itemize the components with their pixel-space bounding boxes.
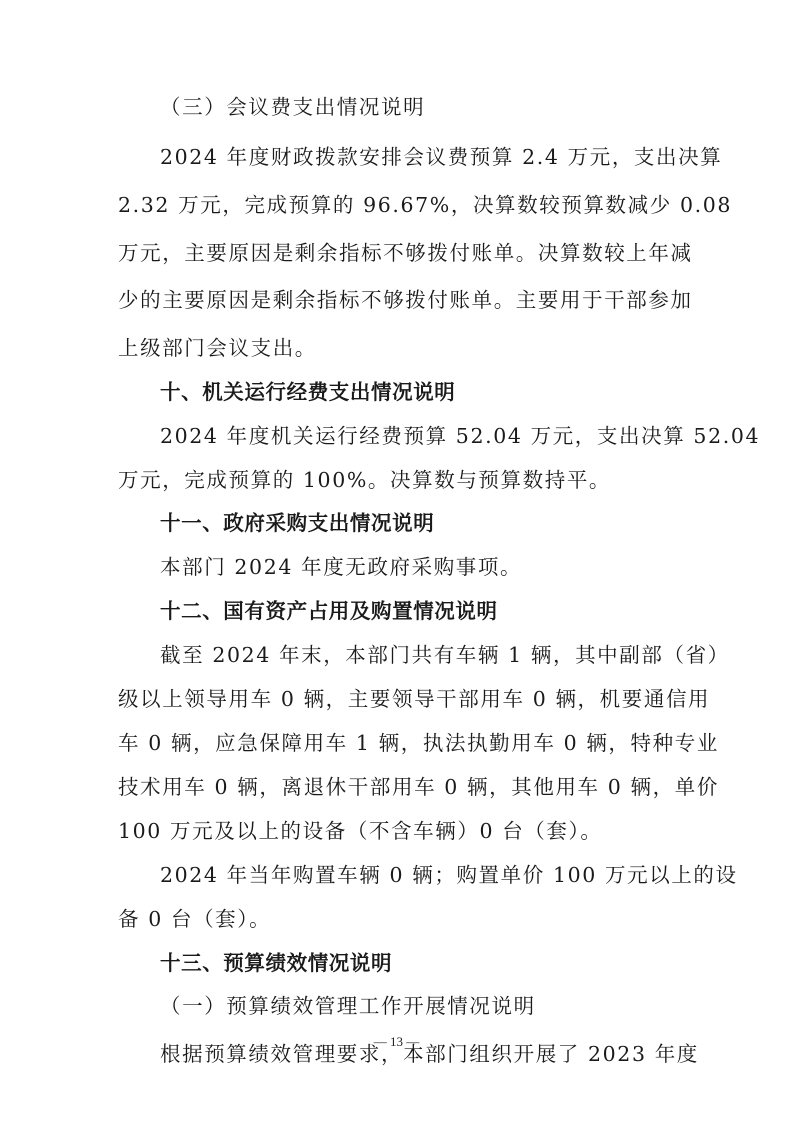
page-number: — 13 — [0,1034,793,1050]
paragraph-line: 万元，完成预算的 100%。决算数与预算数持平。 [118,466,678,494]
paragraph-line: 本部门 2024 年度无政府采购事项。 [160,553,678,581]
paragraph-line: 备 0 台（套）。 [118,905,678,933]
paragraph-line: 2.32 万元，完成预算的 96.67%，决算数较预算数减少 0.08 [118,191,678,219]
paragraph-line: 上级部门会议支出。 [118,334,678,362]
paragraph-line: 技术用车 0 辆，离退休干部用车 0 辆，其他用车 0 辆，单价 [118,773,678,801]
heading-operating-expenses: 十、机关运行经费支出情况说明 [160,378,678,406]
heading-budget-performance: 十三、预算绩效情况说明 [160,949,678,977]
paragraph-line: 截至 2024 年末，本部门共有车辆 1 辆，其中副部（省） [160,641,678,669]
heading-state-assets: 十二、国有资产占用及购置情况说明 [160,597,678,625]
paragraph-line: 2024 年度机关运行经费预算 52.04 万元，支出决算 52.04 [160,422,678,450]
paragraph-line: 2024 年度财政拨款安排会议费预算 2.4 万元，支出决算 [160,143,678,171]
paragraph-line: 车 0 辆，应急保障用车 1 辆，执法执勤用车 0 辆，特种专业 [118,729,678,757]
paragraph-line: 万元，主要原因是剩余指标不够拨付账单。决算数较上年减 [118,239,678,267]
paragraph-line: 2024 年当年购置车辆 0 辆；购置单价 100 万元以上的设 [160,861,678,889]
paragraph-line: 少的主要原因是剩余指标不够拨付账单。主要用于干部参加 [118,286,678,314]
subheading-meeting-fees: （三）会议费支出情况说明 [160,93,720,121]
paragraph-line: 级以上领导用车 0 辆，主要领导干部用车 0 辆，机要通信用 [118,685,678,713]
heading-government-procurement: 十一、政府采购支出情况说明 [160,509,678,537]
subheading-performance-management: （一）预算绩效管理工作开展情况说明 [160,992,720,1020]
paragraph-line: 100 万元及以上的设备（不含车辆）0 台（套）。 [118,817,678,845]
